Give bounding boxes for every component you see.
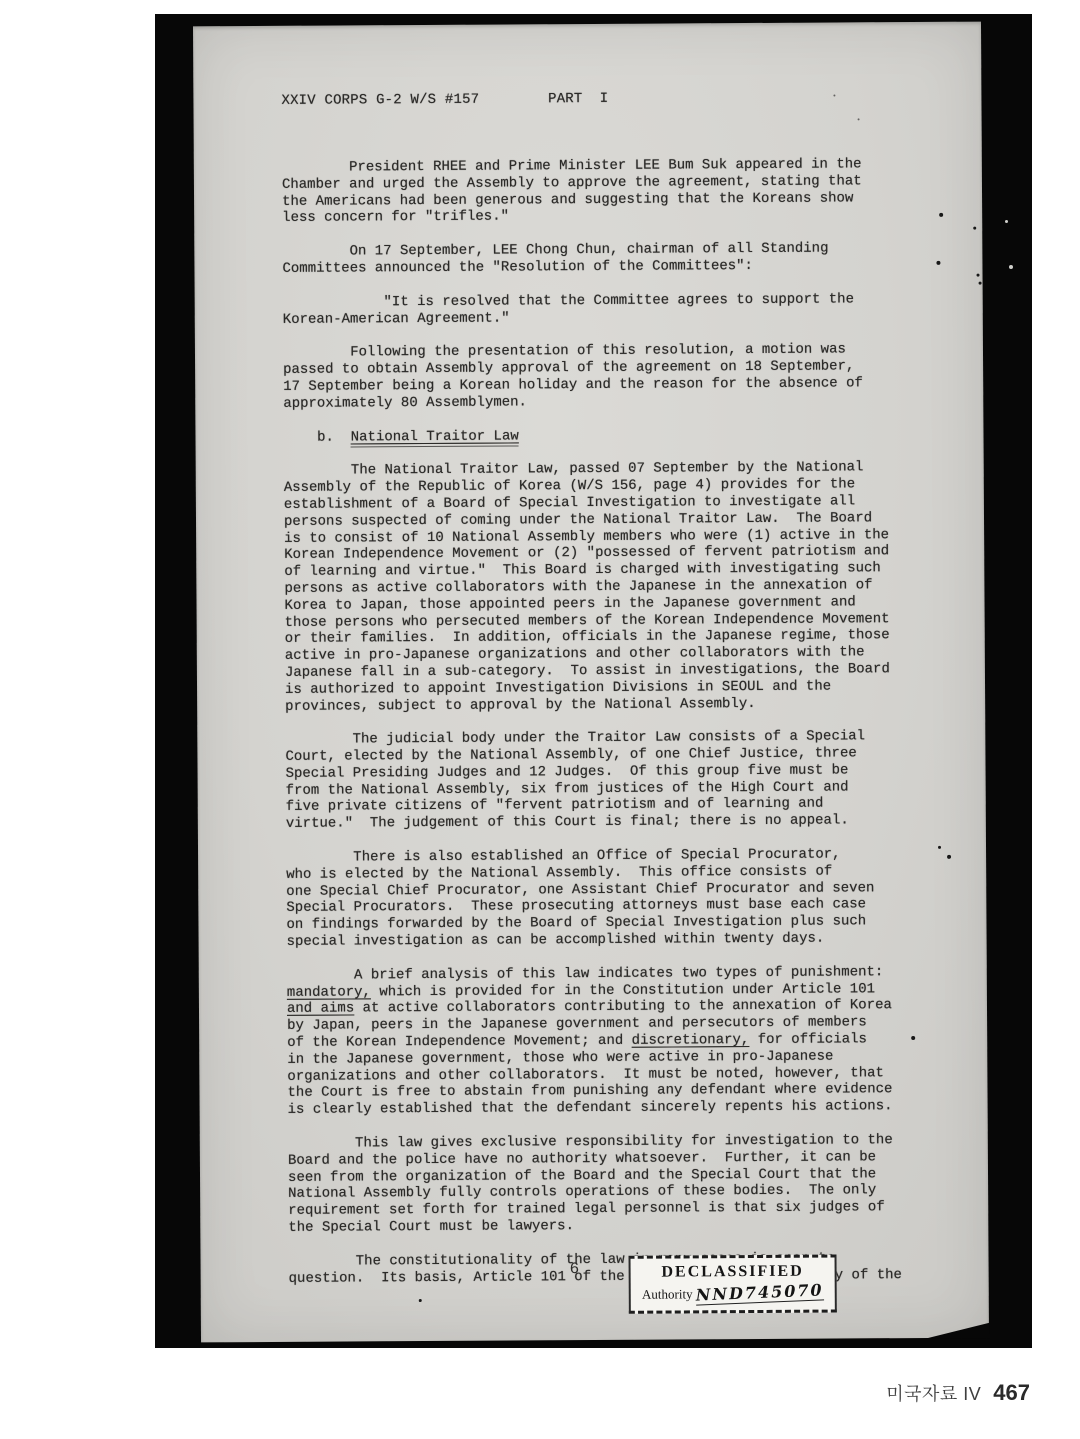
paper-corner-shadow — [924, 1323, 990, 1339]
dust-speck — [979, 282, 982, 285]
section-heading: b. National Traitor Law — [283, 425, 933, 446]
dust-speck — [1005, 220, 1008, 223]
paragraph: President RHEE and Prime Minister LEE Bu… — [282, 156, 932, 227]
paragraph: On 17 September, LEE Chong Chun, chairma… — [282, 240, 932, 278]
document-paragraphs: President RHEE and Prime Minister LEE Bu… — [282, 156, 939, 1287]
paragraph: The judicial body under the Traitor Law … — [285, 728, 936, 833]
page-number: 6 — [570, 1260, 580, 1278]
paragraph: Following the presentation of this resol… — [283, 341, 933, 412]
dust-speck — [936, 261, 940, 265]
book-page: { "document": { "header": "XXIV CORPS G-… — [0, 0, 1080, 1439]
paragraph: "It is resolved that the Committee agree… — [283, 291, 933, 329]
book-series-label: 미국자료 IV — [886, 1380, 981, 1406]
dust-speck — [911, 1036, 915, 1040]
dust-speck — [977, 274, 980, 277]
dust-speck — [973, 227, 976, 230]
stamp-authority-line: AuthorityNND745070 — [631, 1283, 835, 1304]
document-body: XXIV CORPS G-2 W/S #157 PART I President… — [281, 55, 939, 1338]
dust-speck — [1009, 265, 1013, 269]
stamp-authority-label: Authority — [642, 1286, 693, 1301]
dust-speck — [419, 1299, 422, 1302]
stamp-title: DECLASSIFIED — [631, 1263, 835, 1282]
book-page-caption: 미국자료 IV 467 — [886, 1380, 1030, 1406]
paragraph: This law gives exclusive responsibility … — [288, 1132, 939, 1237]
stamp-authority-value: NND745070 — [695, 1280, 824, 1305]
dust-speck — [833, 94, 835, 96]
declassified-stamp: DECLASSIFIED AuthorityNND745070 — [629, 1255, 837, 1314]
paragraph: There is also established an Office of S… — [286, 846, 937, 951]
document-header: XXIV CORPS G-2 W/S #157 PART I — [281, 89, 931, 110]
dust-speck — [858, 118, 860, 120]
document-page: XXIV CORPS G-2 W/S #157 PART I President… — [193, 22, 989, 1343]
scanned-document-frame: XXIV CORPS G-2 W/S #157 PART I President… — [155, 14, 1032, 1348]
paragraph: The National Traitor Law, passed 07 Sept… — [284, 459, 936, 715]
dust-speck — [939, 213, 943, 217]
paragraph: A brief analysis of this law indicates t… — [287, 964, 938, 1119]
paragraph: The constitutionality of the law in many… — [288, 1250, 938, 1288]
dust-speck — [947, 855, 951, 859]
dust-speck — [938, 846, 941, 849]
book-page-number: 467 — [993, 1380, 1030, 1406]
